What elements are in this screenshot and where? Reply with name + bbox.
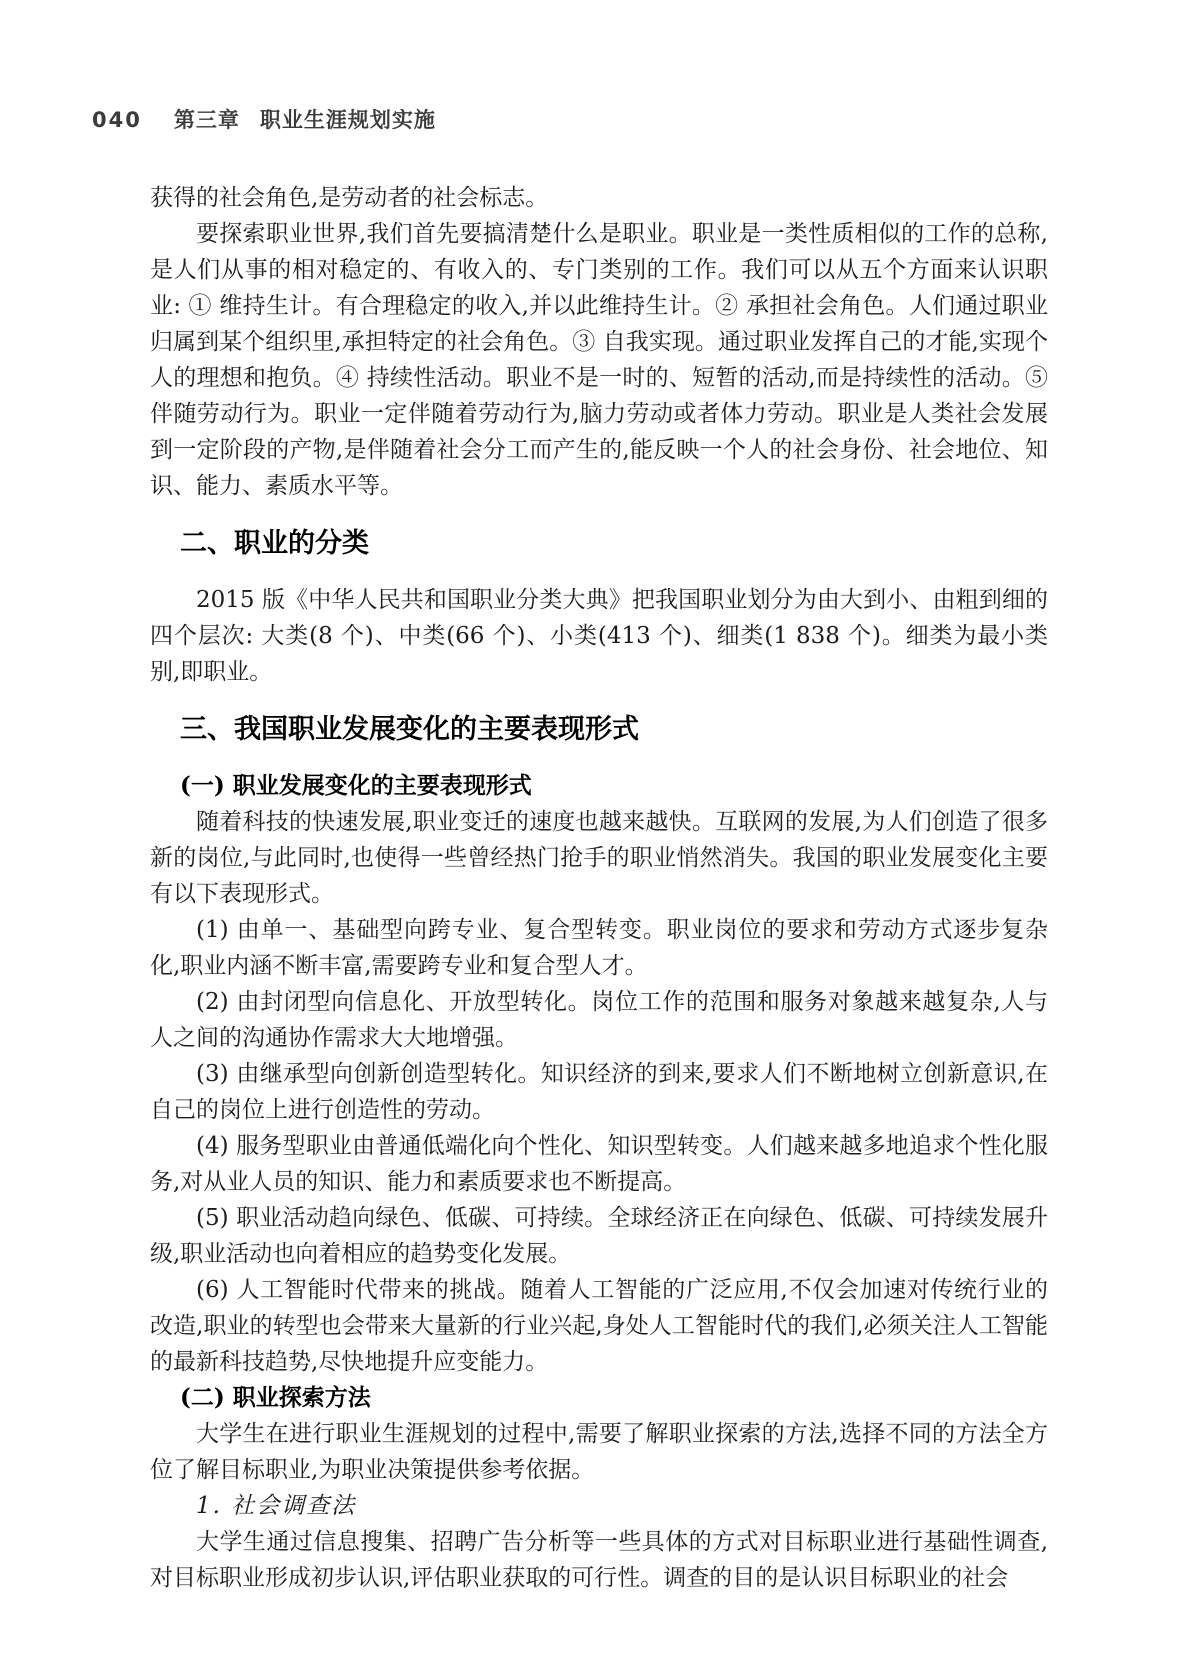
running-head: 040 第三章 职业生涯规划实施 — [92, 104, 436, 134]
paragraph-item-4: (4) 服务型职业由普通低端化向个性化、知识型转变。人们越来越多地追求个性化服务… — [150, 1128, 1048, 1200]
section-heading-classification: 二、职业的分类 — [180, 524, 1048, 564]
chapter-title: 职业生涯规划实施 — [260, 104, 436, 134]
book-page: 040 第三章 职业生涯规划实施 获得的社会角色,是劳动者的社会标志。 要探索职… — [0, 0, 1203, 1675]
subsection-heading-exploration-methods: (二) 职业探索方法 — [180, 1380, 1048, 1416]
method-label-social-survey: 1. 社会调查法 — [150, 1488, 1048, 1524]
paragraph-what-is-occupation: 要探索职业世界,我们首先要搞清楚什么是职业。职业是一类性质相似的工作的总称,是人… — [150, 216, 1048, 504]
paragraph-item-2: (2) 由封闭型向信息化、开放型转化。岗位工作的范围和服务对象越来越复杂,人与人… — [150, 984, 1048, 1056]
section-heading-development-changes: 三、我国职业发展变化的主要表现形式 — [180, 710, 1048, 750]
paragraph-item-5: (5) 职业活动趋向绿色、低碳、可持续。全球经济正在向绿色、低碳、可持续发展升级… — [150, 1200, 1048, 1272]
paragraph-tech-development: 随着科技的快速发展,职业变迁的速度也越来越快。互联网的发展,为人们创造了很多新的… — [150, 804, 1048, 912]
paragraph-item-1: (1) 由单一、基础型向跨专业、复合型转变。职业岗位的要求和劳动方式逐步复杂化,… — [150, 912, 1048, 984]
paragraph-item-3: (3) 由继承型向创新创造型转化。知识经济的到来,要求人们不断地树立创新意识,在… — [150, 1056, 1048, 1128]
paragraph-continuation: 获得的社会角色,是劳动者的社会标志。 — [150, 180, 1048, 216]
paragraph-social-survey: 大学生通过信息搜集、招聘广告分析等一些具体的方式对目标职业进行基础性调查,对目标… — [150, 1524, 1048, 1596]
paragraph-item-6: (6) 人工智能时代带来的挑战。随着人工智能的广泛应用,不仅会加速对传统行业的改… — [150, 1272, 1048, 1380]
paragraph-classification-dictionary: 2015 版《中华人民共和国职业分类大典》把我国职业划分为由大到小、由粗到细的四… — [150, 582, 1048, 690]
page-number: 040 — [92, 108, 142, 132]
subsection-heading-main-forms: (一) 职业发展变化的主要表现形式 — [180, 768, 1048, 804]
page-body: 获得的社会角色,是劳动者的社会标志。 要探索职业世界,我们首先要搞清楚什么是职业… — [150, 180, 1048, 1596]
chapter-label: 第三章 — [174, 104, 240, 134]
paragraph-exploration-intro: 大学生在进行职业生涯规划的过程中,需要了解职业探索的方法,选择不同的方法全方位了… — [150, 1416, 1048, 1488]
